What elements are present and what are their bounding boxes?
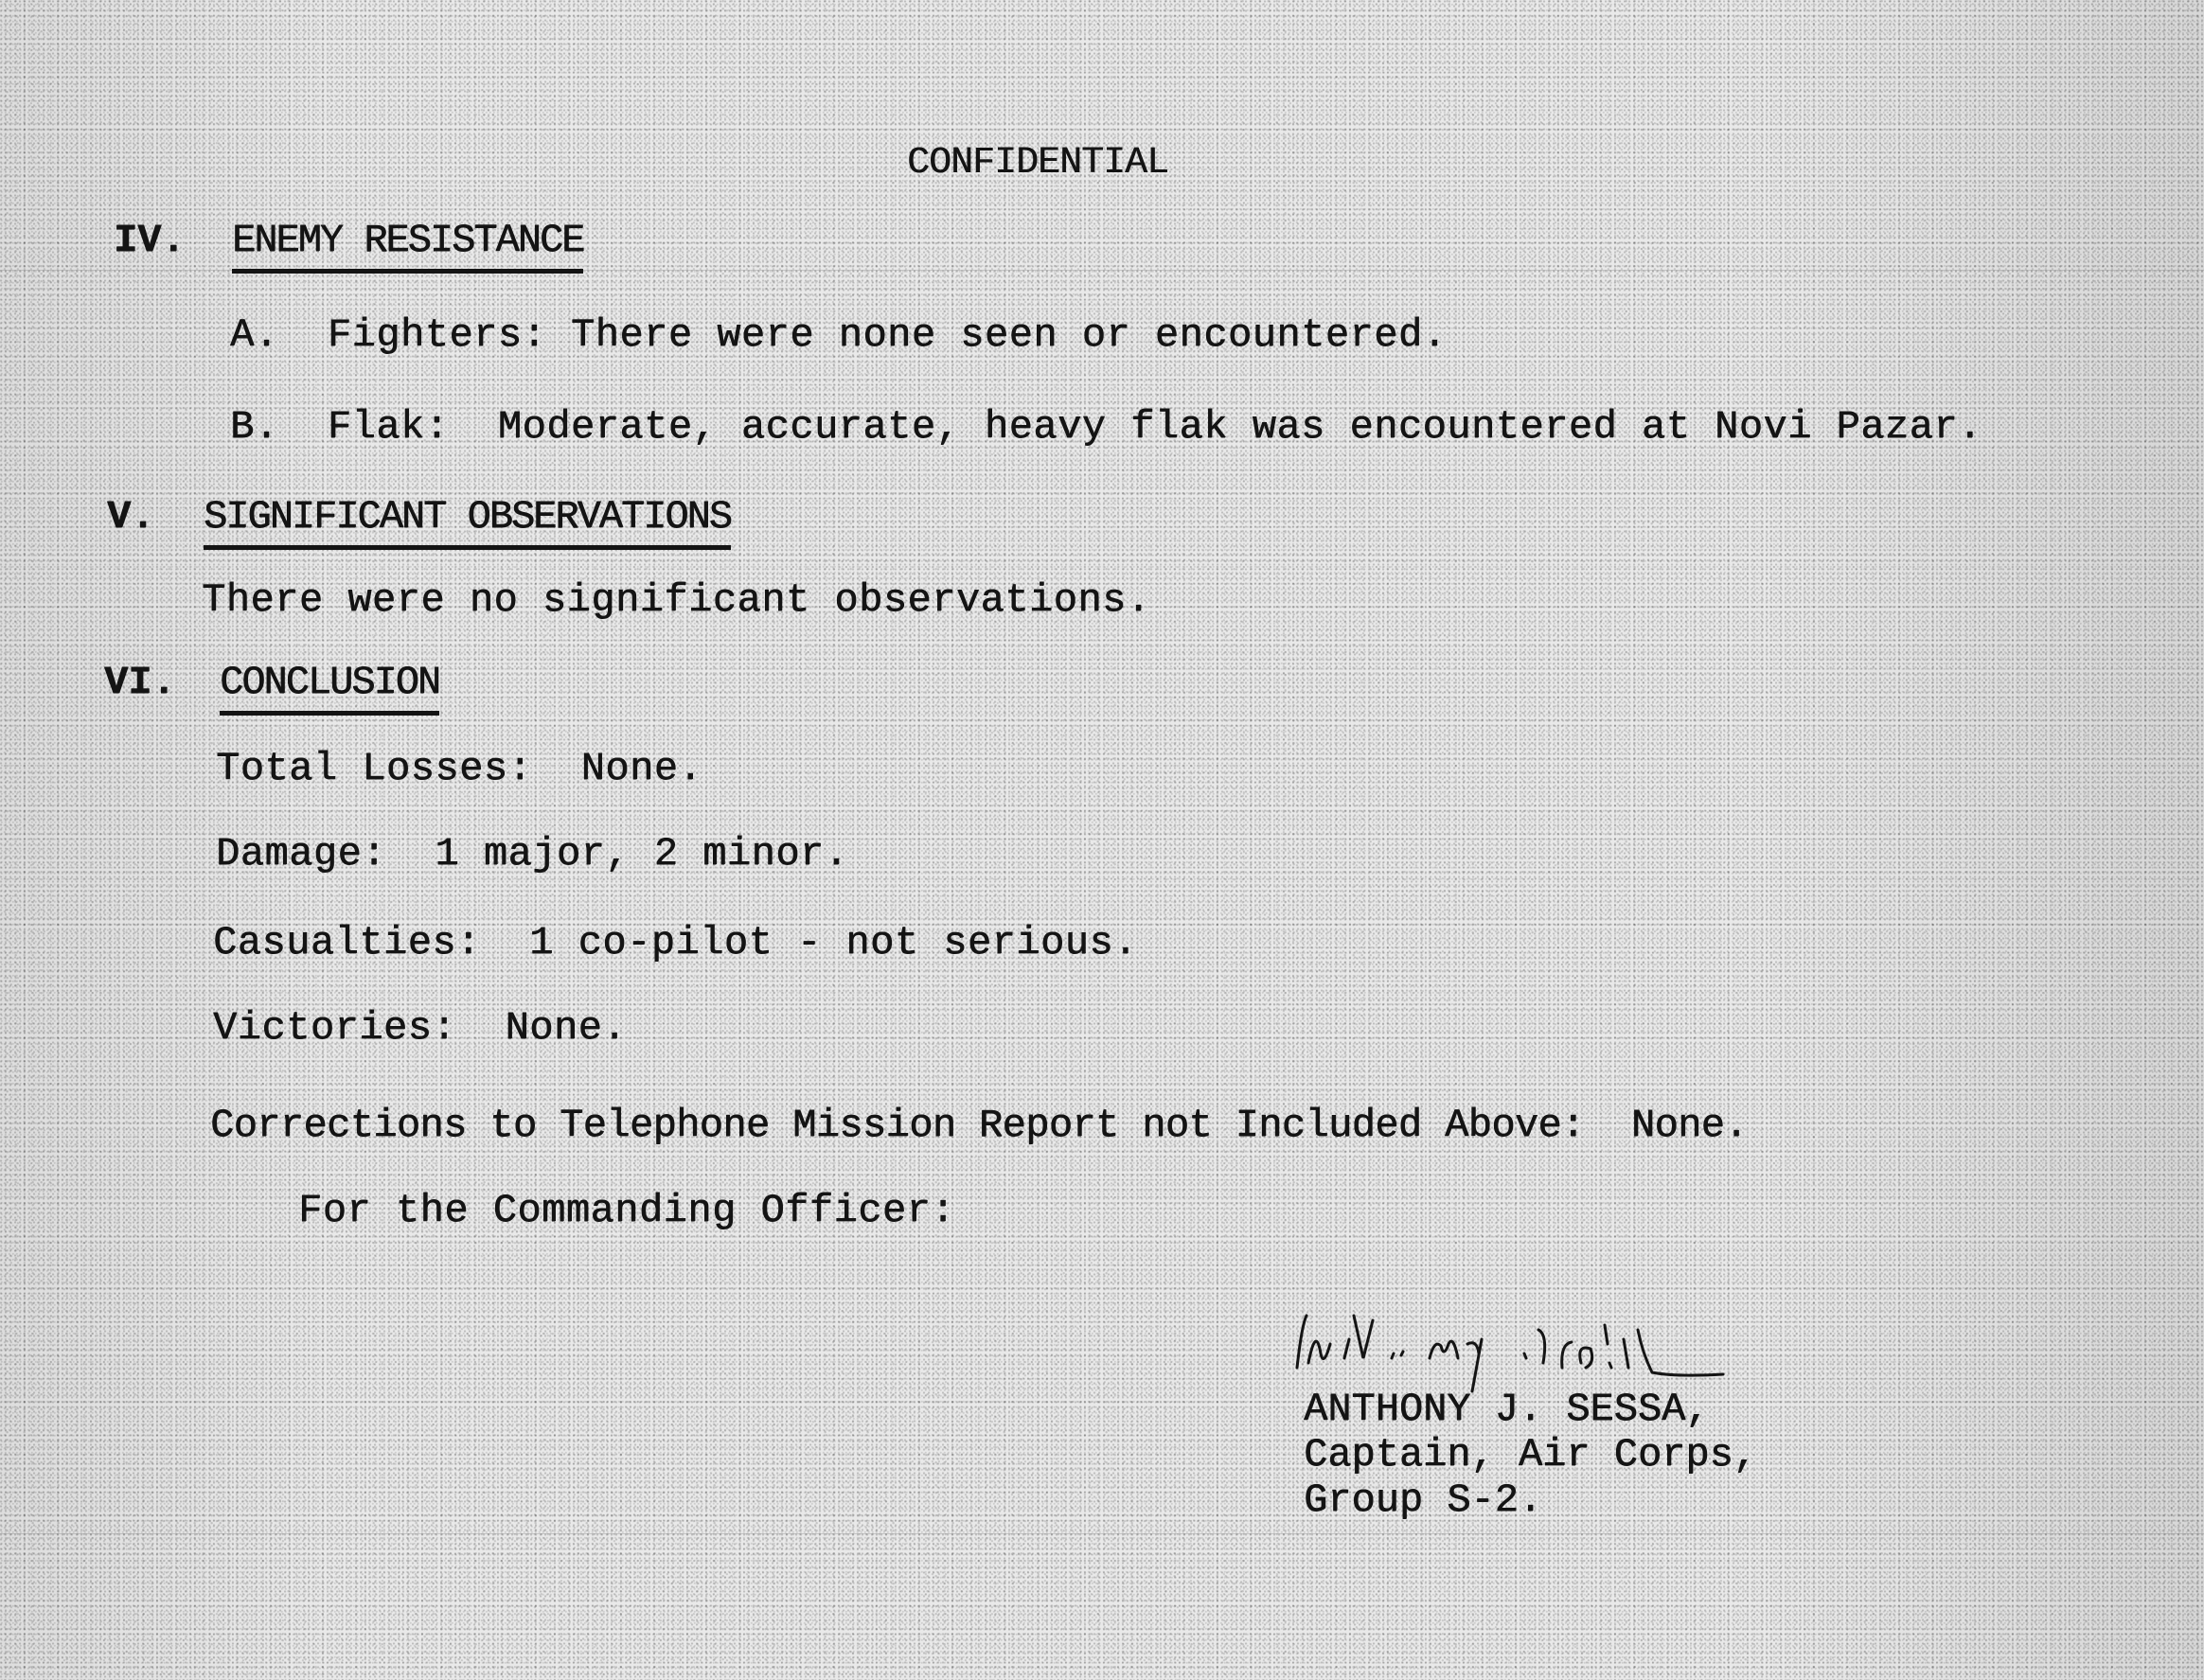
document-page: CONFIDENTIAL IV. ENEMY RESISTANCE A. Fig… (0, 0, 2204, 1680)
signer-rank: Captain, Air Corps, (1304, 1432, 1757, 1477)
total-losses-entry: Total Losses: None. (216, 746, 702, 791)
victories-entry: Victories: None. (213, 1005, 627, 1051)
handwritten-signature (1278, 1287, 1846, 1401)
closing-line: For the Commanding Officer: (298, 1188, 955, 1233)
casualties-entry: Casualties: 1 co-pilot - not serious. (213, 920, 1138, 965)
section-vi-heading: VI. CONCLUSION (104, 660, 672, 716)
section-iv-heading: IV. ENEMY RESISTANCE (114, 218, 776, 274)
entry-label: Total Losses: (216, 746, 532, 791)
entry-value: 1 co-pilot - not serious. (529, 920, 1138, 965)
corrections-entry: Corrections to Telephone Mission Report … (210, 1103, 1748, 1148)
item-text: Moderate, accurate, heavy flak was encou… (498, 404, 1982, 450)
entry-label: Corrections to Telephone Mission Report … (210, 1103, 1585, 1148)
entry-value: None. (581, 746, 703, 791)
item-text: There were none seen or encountered. (571, 312, 1447, 358)
item-label: Fighters: (328, 312, 546, 358)
signer-name: ANTHONY J. SESSA, (1304, 1387, 1757, 1432)
scan-artifact-line (0, 1533, 2204, 1534)
section-number: V. (107, 494, 154, 539)
damage-entry: Damage: 1 major, 2 minor. (216, 831, 848, 876)
item-marker: B. (230, 404, 278, 450)
entry-value: None. (1631, 1103, 1748, 1148)
observations-text: There were no significant observations. (202, 577, 1150, 623)
entry-label: Casualties: (213, 920, 481, 965)
section-v-heading: V. SIGNIFICANT OBSERVATIONS (107, 494, 864, 551)
section-title: CONCLUSION (220, 660, 439, 716)
entry-label: Victories: (213, 1005, 456, 1051)
section-number: IV. (114, 218, 186, 263)
signature-block: ANTHONY J. SESSA, Captain, Air Corps, Gr… (1304, 1387, 1757, 1523)
section-title: SIGNIFICANT OBSERVATIONS (204, 494, 731, 550)
entry-value: 1 major, 2 minor. (435, 831, 848, 876)
signer-unit: Group S-2. (1304, 1477, 1757, 1523)
entry-label: Damage: (216, 831, 386, 876)
item-marker: A. (230, 312, 278, 358)
section-title: ENEMY RESISTANCE (232, 218, 583, 274)
flak-item: B. Flak: Moderate, accurate, heavy flak … (230, 404, 1982, 450)
item-label: Flak: (328, 404, 450, 450)
classification-marking: CONFIDENTIAL (907, 142, 1168, 186)
entry-value: None. (505, 1005, 627, 1051)
fighters-item: A. Fighters: There were none seen or enc… (230, 312, 1447, 358)
section-number: VI. (104, 660, 176, 705)
